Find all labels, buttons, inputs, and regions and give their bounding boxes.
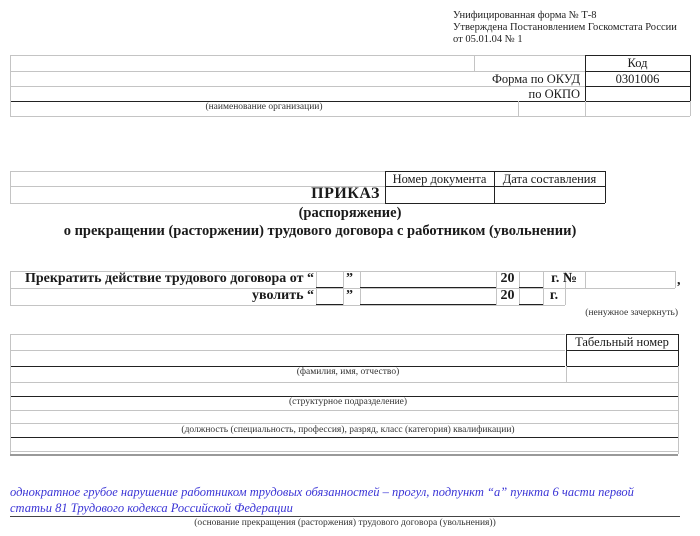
grounds-text-line2[interactable]: статьи 81 Трудового кодекса Российской Ф… bbox=[10, 501, 293, 516]
dismiss-month-field[interactable] bbox=[361, 289, 495, 304]
close-quote: ” bbox=[346, 271, 353, 287]
okpo-label: по ОКПО bbox=[450, 87, 580, 102]
document-date-header: Дата составления bbox=[494, 172, 605, 187]
fio-field[interactable] bbox=[12, 351, 562, 366]
document-number-field[interactable] bbox=[386, 187, 493, 202]
form-approval: Утверждена Постановлением Госкомстата Ро… bbox=[453, 22, 677, 34]
fio-caption: (фамилия, имя, отчество) bbox=[10, 367, 686, 377]
contract-termination-label: Прекратить действие трудового договора о… bbox=[25, 271, 304, 286]
contract-month-field[interactable] bbox=[361, 272, 495, 287]
contract-year-suffix: г. № bbox=[543, 271, 585, 287]
contract-day-field[interactable] bbox=[317, 272, 342, 287]
contract-label-row: Прекратить действие трудового договора о… bbox=[12, 271, 314, 287]
position-caption: (должность (специальность, профессия), р… bbox=[10, 425, 686, 435]
close-quote: ” bbox=[346, 288, 353, 304]
grounds-text-line1[interactable]: однократное грубое нарушение работником … bbox=[10, 485, 700, 500]
dismiss-label: уволить bbox=[252, 288, 303, 303]
department-field[interactable] bbox=[12, 383, 672, 396]
document-date-field[interactable] bbox=[495, 187, 604, 202]
okud-value[interactable]: 0301006 bbox=[585, 72, 690, 87]
strike-note: (ненужное зачеркнуть) bbox=[450, 308, 678, 318]
dismiss-year-prefix: 20 bbox=[496, 288, 519, 304]
order-title: ПРИКАЗ bbox=[200, 185, 380, 203]
grounds-caption: (основание прекращения (расторжения) тру… bbox=[10, 518, 680, 528]
contract-year-field[interactable] bbox=[520, 272, 542, 287]
open-quote: “ bbox=[307, 288, 314, 303]
dismiss-day-field[interactable] bbox=[317, 289, 342, 304]
organization-caption: (наименование организации) bbox=[10, 102, 518, 112]
dismiss-label-row: уволить “ bbox=[12, 288, 314, 304]
okpo-value[interactable] bbox=[585, 87, 690, 101]
organization-field[interactable] bbox=[12, 86, 512, 101]
dismiss-year-suffix: г. bbox=[543, 288, 565, 304]
tab-number-field[interactable] bbox=[567, 351, 677, 366]
code-header: Код bbox=[585, 56, 690, 71]
contract-year-prefix: 20 bbox=[496, 271, 519, 287]
document-number-header: Номер документа bbox=[385, 172, 494, 187]
order-subtitle: (распоряжение) bbox=[0, 205, 700, 222]
tab-number-header: Табельный номер bbox=[566, 335, 678, 350]
form-name: Унифицированная форма № Т-8 bbox=[453, 10, 677, 22]
contract-number-field[interactable] bbox=[586, 272, 674, 287]
department-caption: (структурное подразделение) bbox=[10, 397, 686, 407]
open-quote: “ bbox=[307, 271, 314, 286]
form-approval-date: от 05.01.04 № 1 bbox=[453, 34, 677, 46]
order-description: о прекращении (расторжении) трудового до… bbox=[0, 223, 640, 240]
okud-label: Форма по ОКУД bbox=[400, 72, 580, 87]
form-approval-note: Унифицированная форма № Т-8 Утверждена П… bbox=[453, 10, 677, 46]
comma: , bbox=[677, 273, 681, 289]
dismiss-year-field[interactable] bbox=[520, 289, 542, 304]
